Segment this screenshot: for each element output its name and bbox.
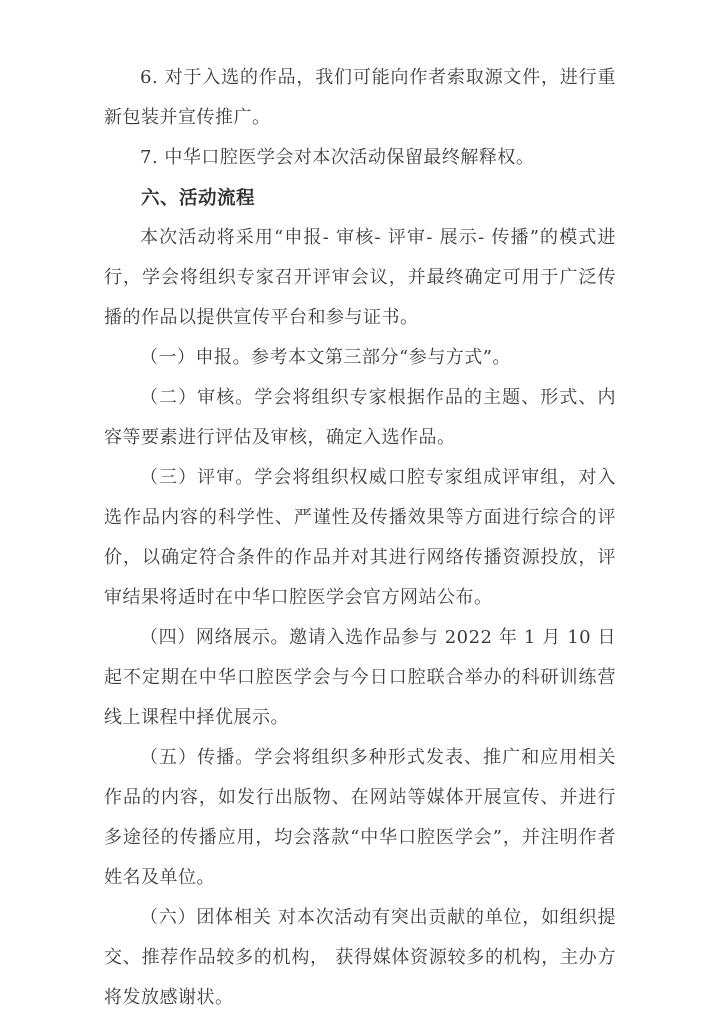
- paragraph-rule-6: 6. 对于入选的作品，我们可能向作者索取源文件，进行重新包装并宣传推广。: [104, 58, 616, 138]
- paragraph-step-4-online-display: （四）网络展示。邀请入选作品参与 2022 年 1 月 10 日起不定期在中华口…: [104, 618, 616, 738]
- paragraph-process-intro: 本次活动将采用“申报- 审核- 评审- 展示- 传播”的模式进行，学会将组织专家…: [104, 218, 616, 338]
- paragraph-step-5-dissemination: （五）传播。学会将组织多种形式发表、推广和应用相关作品的内容，如发行出版物、在网…: [104, 738, 616, 898]
- section-heading-activity-process: 六、活动流程: [104, 178, 616, 218]
- paragraph-step-3-evaluate: （三）评审。学会将组织权威口腔专家组成评审组，对入选作品内容的科学性、严谨性及传…: [104, 458, 616, 618]
- paragraph-step-6-group-related: （六）团体相关 对本次活动有突出贡献的单位，如组织提交、推荐作品较多的机构， 获…: [104, 898, 616, 1018]
- paragraph-rule-7: 7. 中华口腔医学会对本次活动保留最终解释权。: [104, 138, 616, 178]
- document-page: 6. 对于入选的作品，我们可能向作者索取源文件，进行重新包装并宣传推广。 7. …: [0, 0, 724, 1024]
- document-content: 6. 对于入选的作品，我们可能向作者索取源文件，进行重新包装并宣传推广。 7. …: [104, 58, 616, 1018]
- paragraph-step-2-review: （二）审核。学会将组织专家根据作品的主题、形式、内容等要素进行评估及审核，确定入…: [104, 378, 616, 458]
- paragraph-step-1-declare: （一）申报。参考本文第三部分“参与方式”。: [104, 338, 616, 378]
